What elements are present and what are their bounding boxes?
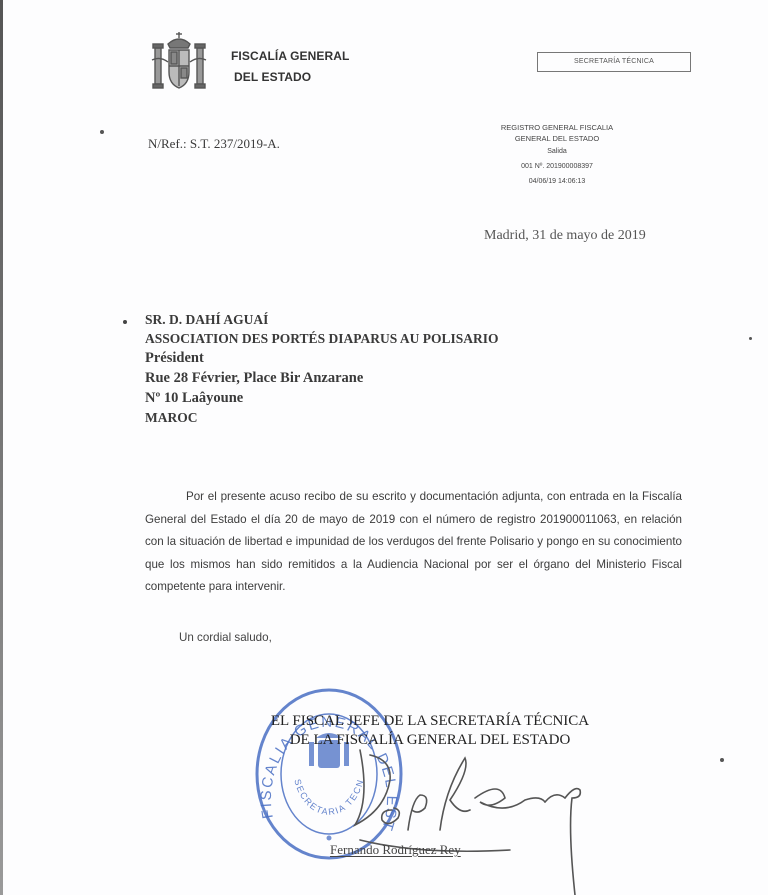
recipient-address: SR. D. DAHÍ AGUAÍ ASSOCIATION DES PORTÉS… (145, 310, 498, 427)
recipient-role: Président (145, 348, 498, 368)
scan-speck (720, 758, 724, 762)
reference-number: N/Ref.: S.T. 237/2019-A. (148, 136, 280, 152)
recipient-name: SR. D. DAHÍ AGUAÍ (145, 310, 498, 329)
signer-name: Fernando Rodríguez Rey (330, 842, 461, 858)
registry-line-2: GENERAL DEL ESTADO (478, 133, 636, 144)
date-line: Madrid, 31 de mayo de 2019 (484, 228, 646, 244)
recipient-country: MAROC (145, 408, 498, 427)
registry-stamp: REGISTRO GENERAL FISCALIA GENERAL DEL ES… (478, 122, 636, 189)
registry-number: 001 Nº. 201900008397 (478, 159, 636, 174)
body-paragraph: Por el presente acuso recibo de su escri… (145, 486, 682, 599)
institution-name: FISCALÍA GENERAL DEL ESTADO (231, 46, 350, 88)
scan-edge-shadow (0, 0, 3, 895)
recipient-city: Nº 10 Laâyoune (145, 388, 498, 408)
recipient-organization: ASSOCIATION DES PORTÉS DIAPARUS AU POLIS… (145, 329, 498, 348)
signature-title-line-1: EL FISCAL JEFE DE LA SECRETARÍA TÉCNICA (230, 712, 630, 731)
institution-line-2: DEL ESTADO (231, 67, 350, 88)
registry-type: Salida (478, 144, 636, 159)
spanish-coat-of-arms-icon (150, 30, 208, 94)
bullet-mark (123, 320, 127, 324)
recipient-street: Rue 28 Février, Place Bir Anzarane (145, 368, 498, 388)
scan-speck (100, 130, 104, 134)
closing-line: Un cordial saludo, (179, 631, 272, 644)
handwritten-signature-icon (330, 740, 600, 895)
registry-line-1: REGISTRO GENERAL FISCALIA (478, 122, 636, 133)
institution-line-1: FISCALÍA GENERAL (231, 46, 350, 67)
department-box: SECRETARÍA TÉCNICA (537, 52, 691, 72)
scan-speck (749, 337, 752, 340)
registry-datetime: 04/06/19 14:06:13 (478, 174, 636, 189)
